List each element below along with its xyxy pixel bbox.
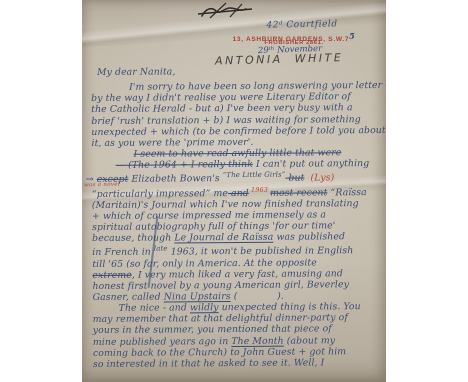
body-text-segment: except (97, 174, 129, 185)
body-text-segment: so interested in it that he asked to see… (93, 357, 324, 370)
body-line: in French in late 1963, it won't be publ… (92, 242, 382, 258)
body-text-segment: → (86, 174, 97, 185)
body-text-segment: ( ). (231, 291, 284, 302)
body-text-segment: wildly (190, 302, 219, 313)
body-text-segment: “Raïssa (327, 187, 366, 198)
body-text-segment: (The 1964 + I really think (128, 159, 253, 171)
body-text-segment: and (228, 187, 249, 198)
body-text-segment: extreme (92, 269, 132, 280)
body-text-segment: honest first novel by a young American g… (92, 279, 349, 292)
letter-paper: 42ᵈ Courtfield 13, ASHBURN GARDENS, S.W.… (82, 0, 386, 382)
body-text-segment: late (154, 245, 168, 253)
letter-body: My dear Nanita,I'm sorry to have been so… (91, 65, 383, 370)
body-text-segment: because, though (92, 233, 174, 245)
body-text-segment: Nina Upstairs (164, 291, 231, 302)
body-text-segment: it, as you were the 'prime mover'. (91, 137, 253, 149)
body-text-segment: was published (273, 231, 345, 242)
body-text-segment: My dear Nanita, (97, 66, 176, 78)
body-text-segment: The nice - and (119, 302, 190, 313)
handwritten-address-correction: 42ᵈ Courtfield (202, 18, 386, 31)
body-text-segment: Gasner, called (93, 291, 164, 302)
body-text-segment: but (285, 173, 304, 184)
body-text-segment: The Month (231, 335, 283, 346)
body-text-segment: in French in (92, 247, 154, 258)
crossed-out-scribble (196, 2, 258, 22)
body-text-segment: 1963, it won't be published in English (168, 246, 354, 258)
body-line: so interested in it that he asked to see… (93, 357, 383, 370)
body-text-segment: most recent (270, 187, 327, 198)
body-text-segment: “particularly impressed” me (92, 188, 228, 200)
body-text-segment: unexpected + which (to be confirmed befo… (91, 125, 385, 138)
letter-photo: 42ᵈ Courtfield 13, ASHBURN GARDENS, S.W.… (0, 0, 468, 382)
body-text-segment: Elizabeth Bowen's (128, 174, 222, 186)
body-text-segment: I can't put out anything (253, 158, 369, 170)
body-text-segment: Le Journal de Raïssa (174, 232, 273, 244)
body-text-segment: unexpected thing is this. You (219, 301, 361, 313)
body-text-segment: mine published years ago in (93, 336, 232, 348)
body-text-segment: “The Little Girls” (223, 171, 286, 179)
body-text-segment: (Lys) (304, 173, 334, 184)
body-text-segment: (about my (284, 335, 335, 346)
body-text-segment: — (116, 160, 129, 171)
body-line: My dear Nanita, (91, 65, 381, 78)
body-text-segment: 1963 (249, 185, 270, 193)
